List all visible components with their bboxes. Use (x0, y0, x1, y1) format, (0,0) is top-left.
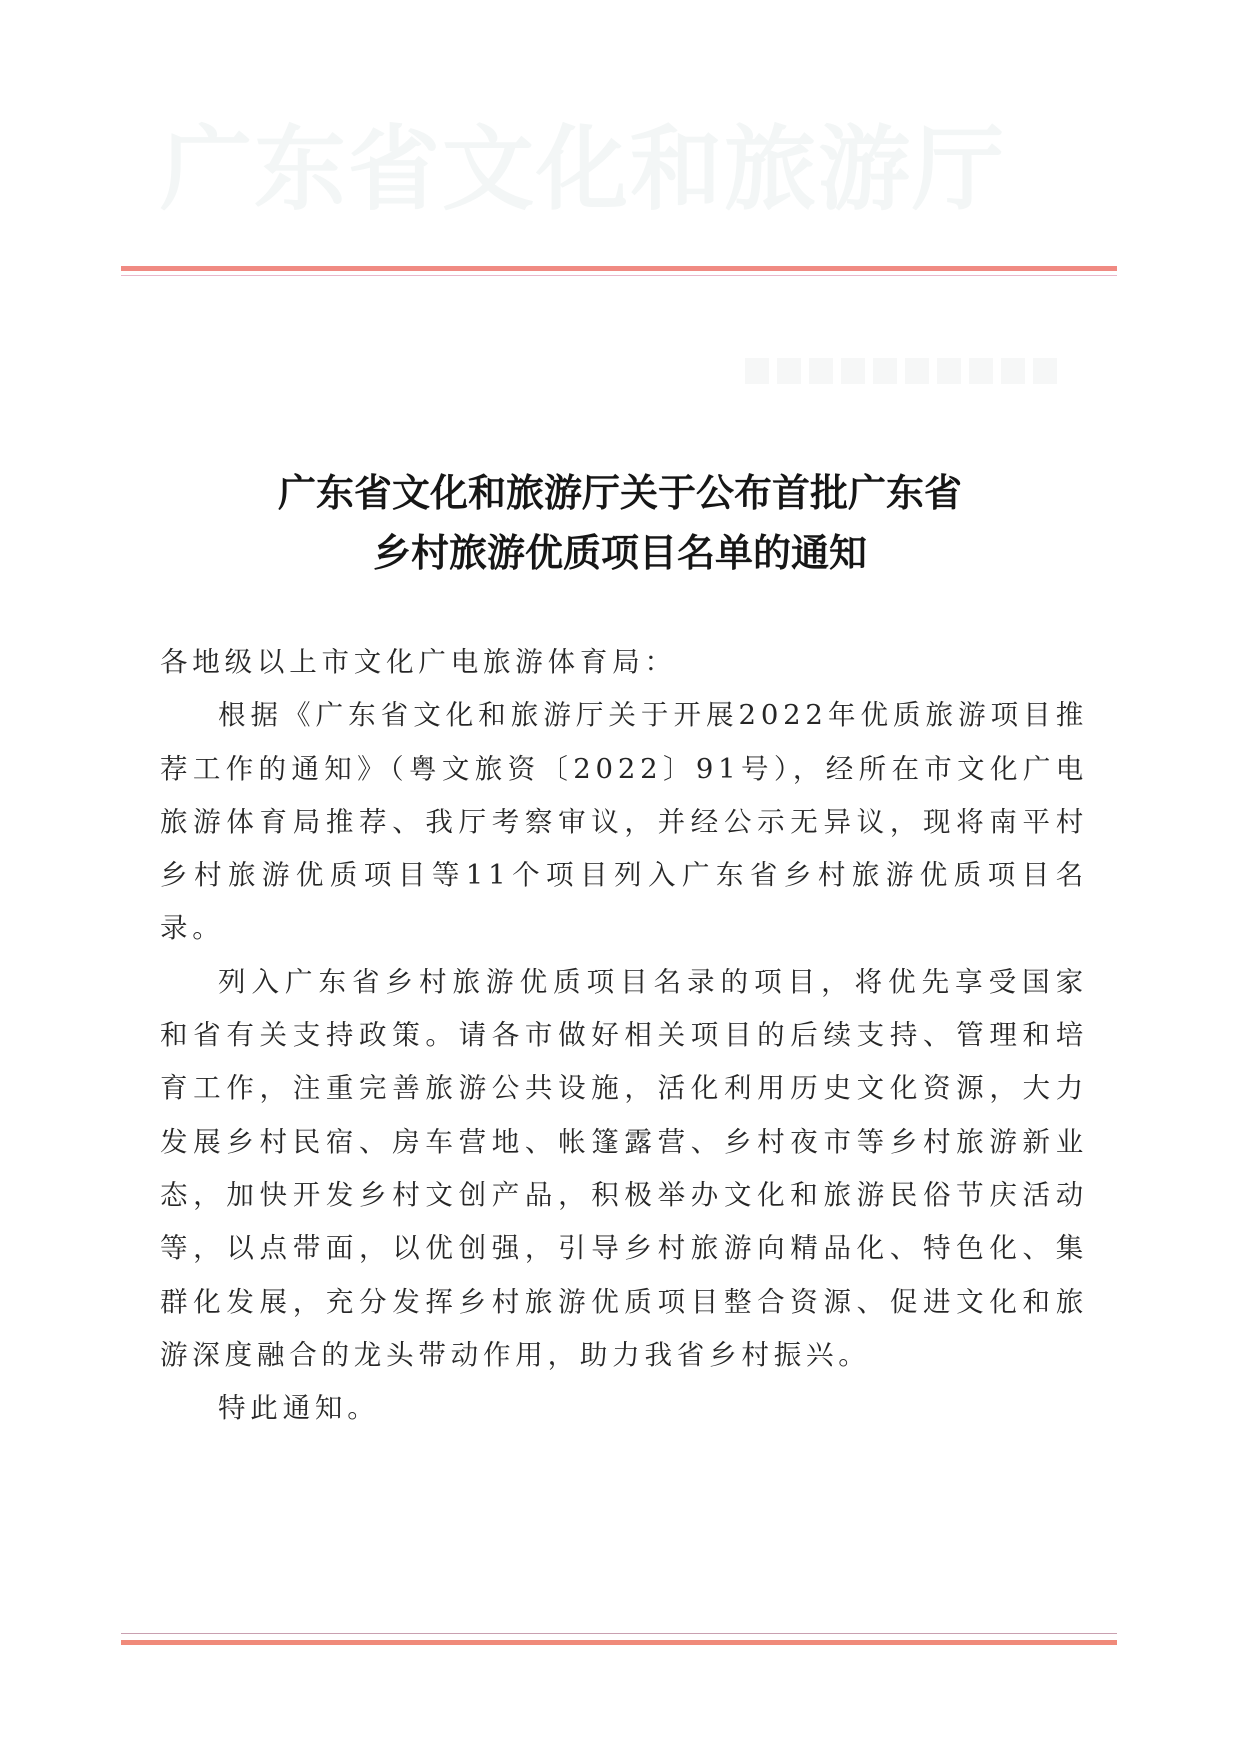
top-red-rule-thin (121, 275, 1117, 276)
paragraph-1: 根据《广东省文化和旅游厅关于开展2022年优质旅游项目推荐工作的通知》（粤文旅资… (160, 689, 1088, 955)
closing: 特此通知。 (160, 1382, 1088, 1435)
document-number-faded (745, 358, 1065, 384)
document-title: 广东省文化和旅游厅关于公布首批广东省 乡村旅游优质项目名单的通知 (150, 463, 1090, 583)
document-body: 各地级以上市文化广电旅游体育局： 根据《广东省文化和旅游厅关于开展2022年优质… (160, 636, 1088, 1435)
paragraph-2: 列入广东省乡村旅游优质项目名录的项目，将优先享受国家和省有关支持政策。请各市做好… (160, 956, 1088, 1382)
bottom-red-rule-thick (121, 1640, 1117, 1645)
bottom-red-rule-thin (121, 1633, 1117, 1634)
salutation: 各地级以上市文化广电旅游体育局： (160, 636, 1088, 689)
title-line-2: 乡村旅游优质项目名单的通知 (150, 523, 1090, 583)
title-line-1: 广东省文化和旅游厅关于公布首批广东省 (150, 463, 1090, 523)
masthead-faded: 广东省文化和旅游厅 (160, 120, 1060, 220)
top-red-rule-thick (121, 266, 1117, 271)
